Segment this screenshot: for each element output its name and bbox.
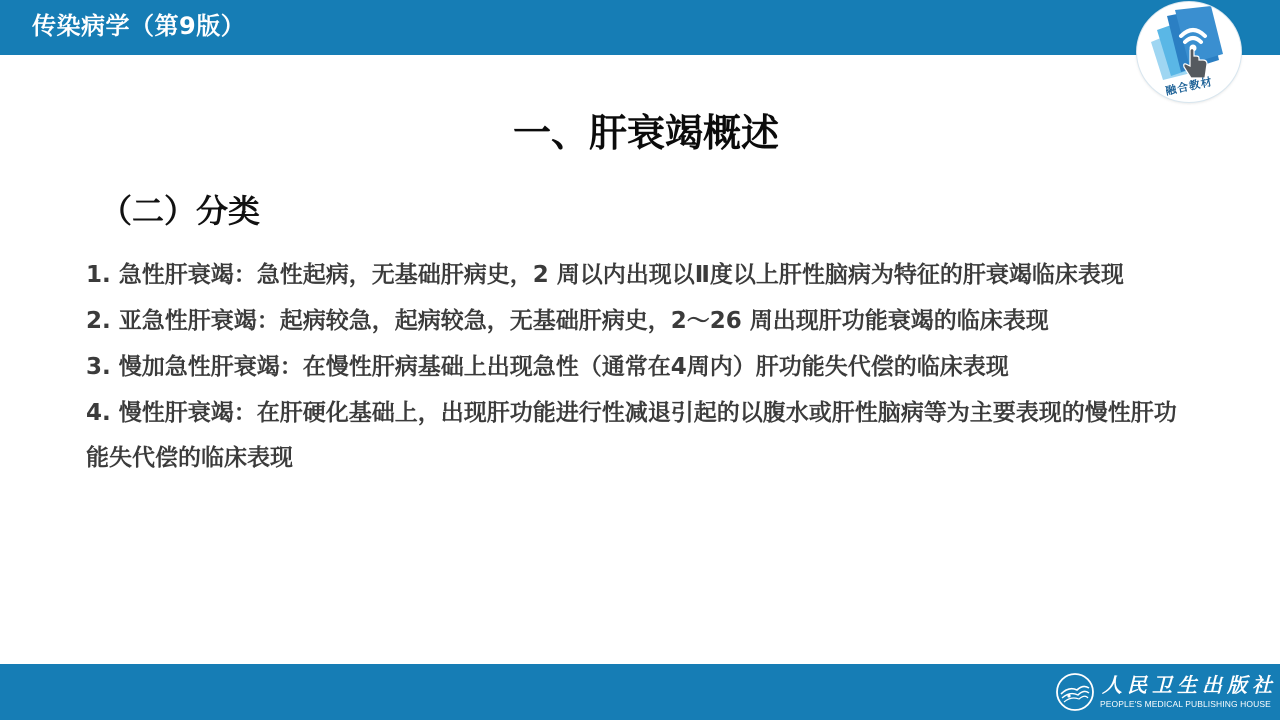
header-band: 传染病学（第9版） [0,0,1280,55]
list-item-subacute-liver-failure: 2. 亚急性肝衰竭：起病较急，起病较急，无基础肝病史，2～26 周出现肝功能衰竭… [86,306,1196,337]
list-item-acute-on-chronic-liver-failure: 3. 慢加急性肝衰竭：在慢性肝病基础上出现急性（通常在4周内）肝功能失代偿的临床… [86,352,1196,383]
classification-list: 1. 急性肝衰竭：急性起病，无基础肝病史，2 周以内出现以Ⅱ度以上肝性脑病为特征… [86,260,1196,481]
list-item-chronic-liver-failure: 4. 慢性肝衰竭：在肝硬化基础上，出现肝功能进行性减退引起的以腹水或肝性脑病等为… [86,391,1196,481]
publisher-logo-icon [1055,672,1095,712]
publisher-name-en: PEOPLE'S MEDICAL PUBLISHING HOUSE [1100,698,1271,710]
fusion-textbook-badge: 融合教材 [1137,2,1241,102]
section-heading: （二）分类 [100,190,260,232]
list-item-acute-liver-failure: 1. 急性肝衰竭：急性起病，无基础肝病史，2 周以内出现以Ⅱ度以上肝性脑病为特征… [86,260,1196,291]
book-title: 传染病学（第9版） [32,10,245,42]
publisher-name-cn: 人民卫生出版社 [1102,673,1277,697]
slide-title: 一、肝衰竭概述 [0,108,1280,158]
